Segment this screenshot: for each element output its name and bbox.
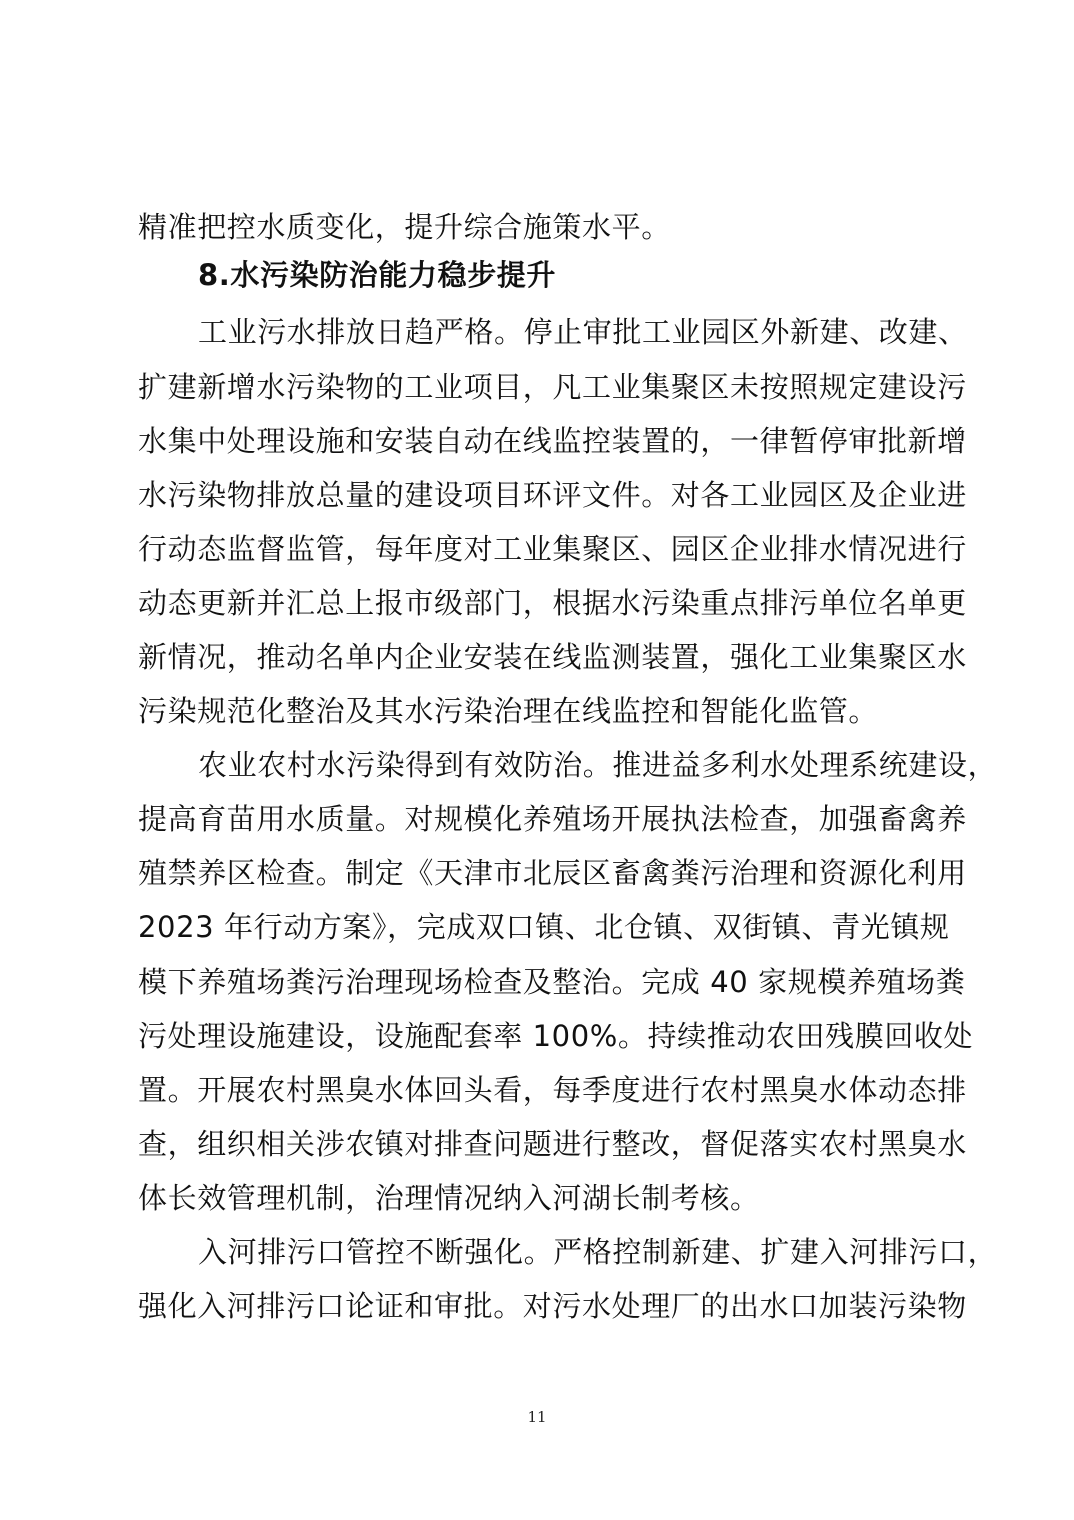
- document-page: 精准把控水质变化，提升综合施策水平。8.水污染防治能力稳步提升工业污水排放日趋严…: [0, 0, 1074, 1520]
- text-line: 新情况，推动名单内企业安装在线监测装置，强化工业集聚区水: [138, 630, 938, 684]
- text-line: 置。开展农村黑臭水体回头看，每季度进行农村黑臭水体动态排: [138, 1063, 938, 1117]
- text-line: 农业农村水污染得到有效防治。推进益多利水处理系统建设，: [198, 738, 938, 792]
- text-line: 入河排污口管控不断强化。严格控制新建、扩建入河排污口，: [198, 1225, 938, 1279]
- text-line: 查，组织相关涉农镇对排查问题进行整改，督促落实农村黑臭水: [138, 1117, 938, 1171]
- text-line: 工业污水排放日趋严格。停止审批工业园区外新建、改建、: [198, 305, 938, 359]
- text-line: 扩建新增水污染物的工业项目，凡工业集聚区未按照规定建设污: [138, 360, 938, 414]
- text-line: 行动态监督监管，每年度对工业集聚区、园区企业排水情况进行: [138, 522, 938, 576]
- text-line: 污染规范化整治及其水污染治理在线监控和智能化监管。: [138, 684, 938, 738]
- text-line: 模下养殖场粪污治理现场检查及整治。完成 40 家规模养殖场粪: [138, 955, 938, 1009]
- text-line: 水污染物排放总量的建设项目环评文件。对各工业园区及企业进: [138, 468, 938, 522]
- text-line: 2023 年行动方案》，完成双口镇、北仓镇、双街镇、青光镇规: [138, 900, 938, 954]
- text-line: 强化入河排污口论证和审批。对污水处理厂的出水口加装污染物: [138, 1279, 938, 1333]
- text-line: 动态更新并汇总上报市级部门，根据水污染重点排污单位名单更: [138, 576, 938, 630]
- text-line: 水集中处理设施和安装自动在线监控装置的，一律暂停审批新增: [138, 414, 938, 468]
- text-line: 提高育苗用水质量。对规模化养殖场开展执法检查，加强畜禽养: [138, 792, 938, 846]
- page-number: 11: [0, 1408, 1074, 1426]
- text-line: 体长效管理机制，治理情况纳入河湖长制考核。: [138, 1171, 938, 1225]
- text-line: 污处理设施建设，设施配套率 100%。持续推动农田残膜回收处: [138, 1009, 938, 1063]
- section-heading: 8.水污染防治能力稳步提升: [198, 248, 938, 302]
- text-line: 精准把控水质变化，提升综合施策水平。: [138, 200, 938, 254]
- text-line: 殖禁养区检查。制定《天津市北辰区畜禽粪污治理和资源化利用: [138, 846, 938, 900]
